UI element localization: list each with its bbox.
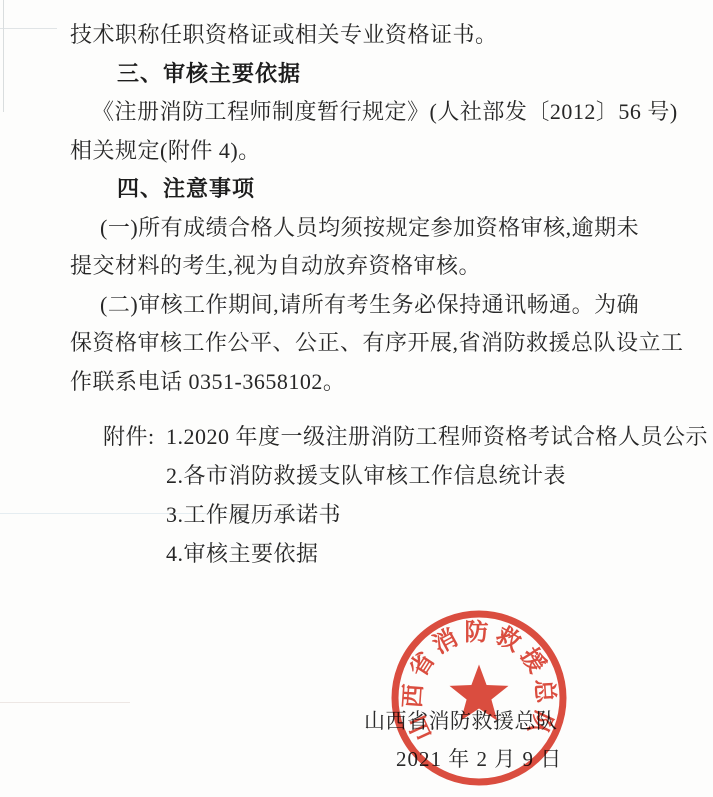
scanned-document-page: 技术职称任职资格证或相关专业资格证书。 三、审核主要依据 《注册消防工程师制度暂… [0,0,713,797]
section-heading-review-basis: 三、审核主要依据 [70,55,648,94]
scan-artifact-line [0,702,130,703]
signature-organization: 山西省消防救援总队 [364,705,558,735]
attachment-item: 3.工作履历承诺书 [166,495,708,534]
attachments-label: 附件: [103,417,155,456]
attachments-list: 附件: 1.2020 年度一级注册消防工程师资格考试合格人员公示 2.各市消防救… [166,417,708,573]
signature-date: 2021 年 2 月 9 日 [396,743,562,773]
paragraph-line: 保资格审核工作公平、公正、有序开展,省消防救援总队设立工 [70,324,648,363]
paragraph-line: 相关规定(附件 4)。 [70,132,648,171]
paragraph-line: 作联系电话 0351-3658102。 [70,363,648,402]
paragraph-line: 提交材料的考生,视为自动放弃资格审核。 [70,247,648,286]
attachment-item: 4.审核主要依据 [166,534,708,573]
paragraph-line: 技术职称任职资格证或相关专业资格证书。 [70,16,648,55]
paragraph-line: (二)审核工作期间,请所有考生务必保持通讯畅通。为确 [70,286,648,325]
paragraph-line: (一)所有成绩合格人员均须按规定参加资格审核,逾期未 [70,209,648,248]
section-heading-notes: 四、注意事项 [70,170,648,209]
paragraph-line: 《注册消防工程师制度暂行规定》(人社部发〔2012〕56 号) [70,93,648,132]
document-body: 技术职称任职资格证或相关专业资格证书。 三、审核主要依据 《注册消防工程师制度暂… [70,16,648,401]
scan-artifact-line [3,0,4,112]
scan-artifact-line [0,28,57,29]
attachment-item: 1.2020 年度一级注册消防工程师资格考试合格人员公示 [166,417,708,456]
attachment-item: 2.各市消防救援支队审核工作信息统计表 [166,456,708,495]
